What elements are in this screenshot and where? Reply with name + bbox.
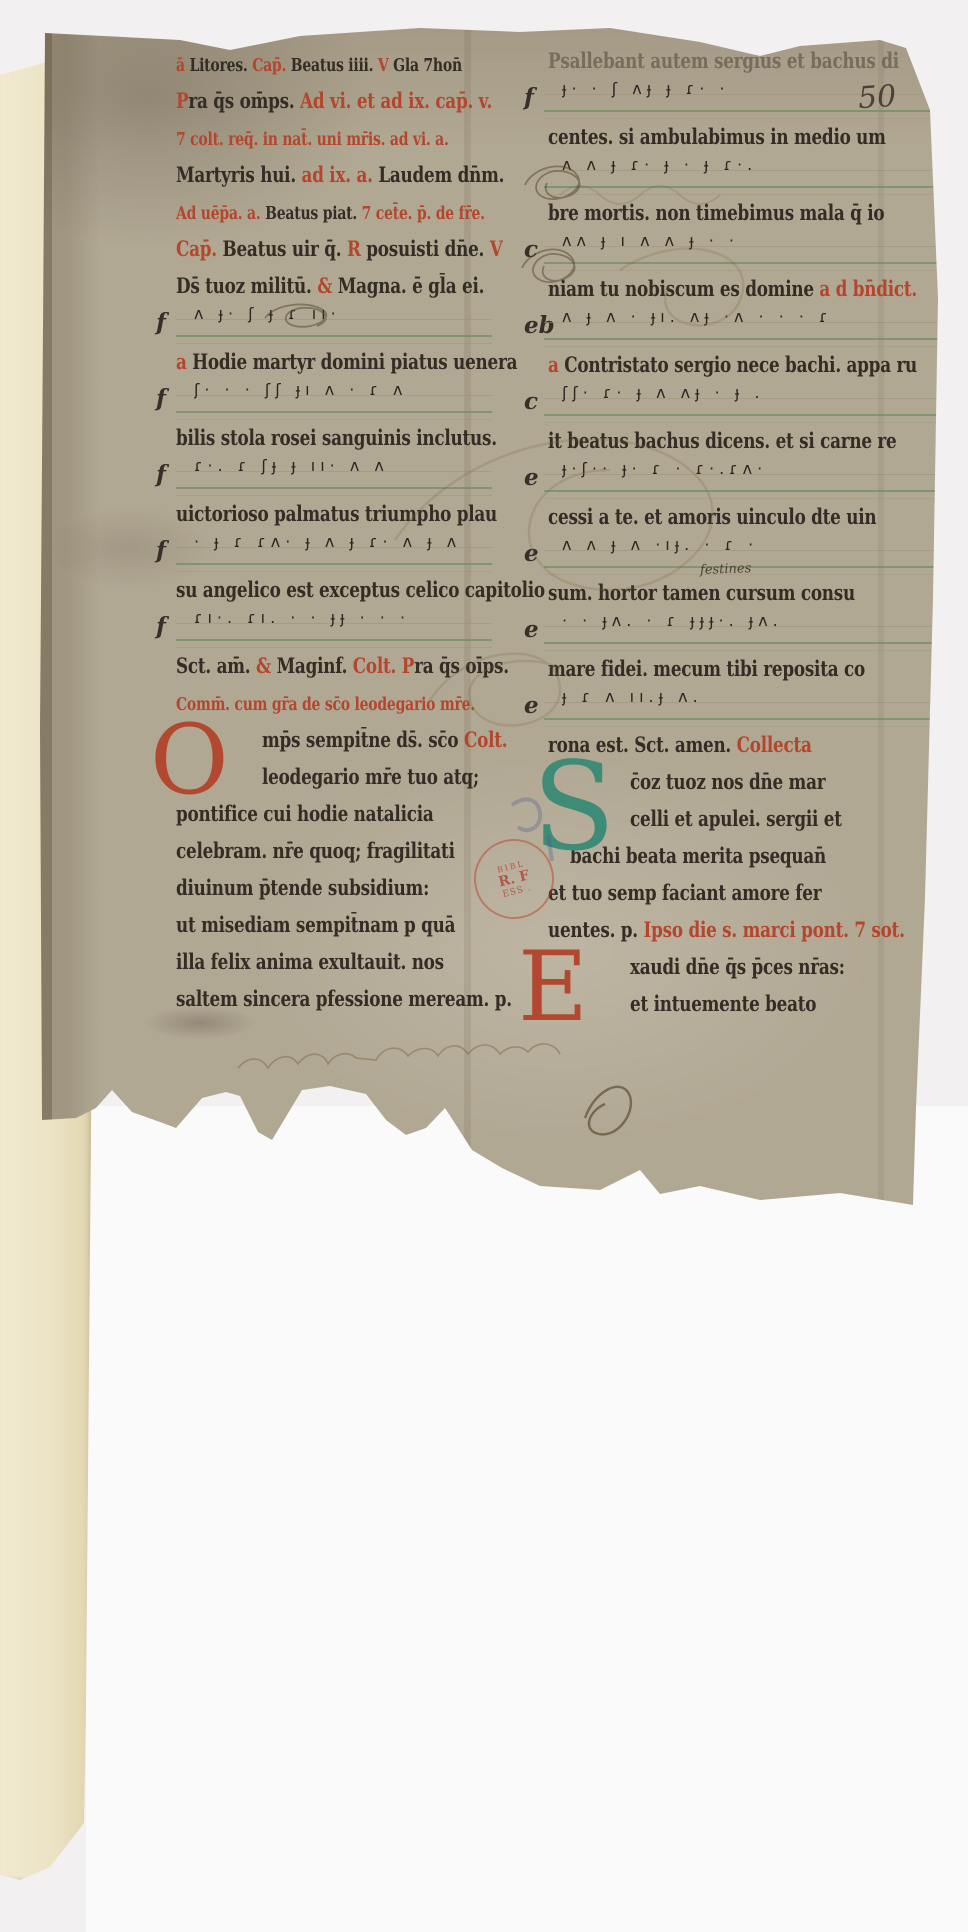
music-staff-row: eɟ·ʃ·· ɟ· ɾ · ɾ·.ɾʌ· xyxy=(518,462,948,501)
line-text: xaudi dn̄e q̄s p̄ces nr̄as: xyxy=(630,954,845,979)
line-text: diuinum p̄tende subsidium: xyxy=(176,875,429,900)
line-text: Pra q̄s om̄ps. Ad vi. et ad ix. cap̄. v. xyxy=(176,88,492,113)
music-staff-row: eɟ ɾ ʌ ıı.ɟ ʌ. xyxy=(518,690,948,729)
manuscript-text-line: illa felix anima exultauit. nos xyxy=(150,946,498,983)
text-column-right: Psallebant autem sergius et bachus difɟ·… xyxy=(518,45,948,1025)
manuscript-text-line: Ds̄ tuoz militū. & Magna. ē gl̄a ei. xyxy=(150,270,498,307)
neumes: ɾ·. ɾ ʃɟ ɟ ıı· ʌ ʌ xyxy=(194,456,498,475)
line-text: Ad uēp̄a. a. Beatus piat. 7 cet̄e. p̄. d… xyxy=(176,204,485,224)
manuscript-text-line: Psallebant autem sergius et bachus di xyxy=(518,45,948,82)
clef-letter: c xyxy=(524,388,538,415)
line-text: uictorioso palmatus triumpho plau xyxy=(176,501,497,526)
line-text: leodegario mr̄e tuo atq; xyxy=(262,764,479,789)
manuscript-text-line: centes. si ambulabimus in medio um xyxy=(518,121,948,158)
music-staff-row: cʃʃ· ɾ· ɟ ʌ ʌɟ · ɟ . xyxy=(518,386,948,425)
clef-letter: f xyxy=(156,461,166,488)
line-text: su angelico est exceptus celico capitoli… xyxy=(176,577,545,602)
manuscript-text-line: et tuo semp faciant amore fer xyxy=(518,877,948,914)
line-text: Psallebant autem sergius et bachus di xyxy=(548,48,899,73)
neumes: · · ɟʌ. · ɾ ɟɟɟ·. ɟʌ. xyxy=(562,611,948,630)
clef-letter: e xyxy=(524,540,539,567)
line-text: Martyris hui. ad ix. a. Laudem dn̄m. xyxy=(176,162,504,187)
clef-letter: e xyxy=(524,464,539,491)
manuscript-text-line: uictorioso palmatus triumpho plau xyxy=(150,498,498,535)
manuscript-text-line: Pra q̄s om̄ps. Ad vi. et ad ix. cap̄. v. xyxy=(150,85,498,122)
line-text: illa felix anima exultauit. nos xyxy=(176,949,444,974)
manuscript-text-line: 7 colt. req̄. in nat̄. uni mr̄is. ad vi.… xyxy=(150,122,498,159)
clef-letter: f xyxy=(156,309,166,336)
text-column-left: ā Litores. Cap̄. Beatus iiii. V Gla 7hon… xyxy=(150,48,498,1020)
line-text: Ds̄ tuoz militū. & Magna. ē gl̄a ei. xyxy=(176,273,484,298)
neumes: ɾı·. ɾı. · · ɟɟ · · · xyxy=(194,608,498,627)
music-staff-row: fɾı·. ɾı. · · ɟɟ · · · xyxy=(150,611,498,650)
manuscript-text-line: sum. hortor tamen cursum consu xyxy=(518,577,948,614)
line-text: Sct. am̄. & Maginf. Colt. Pra q̄s oīps. xyxy=(176,653,509,678)
manuscript-text-line: mare fidei. mecum tibi reposita co xyxy=(518,653,948,690)
white-backing-sheet xyxy=(86,1106,968,1932)
manuscript-text-line: bilis stola rosei sanguinis inclutus. xyxy=(150,422,498,459)
manuscript-text-line: Exaudi dn̄e q̄s p̄ces nr̄as: xyxy=(518,951,948,988)
line-text: celli et apulei. sergii et xyxy=(630,806,842,831)
line-text: et intuemente beato xyxy=(630,991,816,1016)
manuscript-text-line: Sc̄oz tuoz nos dn̄e mar xyxy=(518,766,948,803)
parchment-leaf: ā Litores. Cap̄. Beatus iiii. V Gla 7hon… xyxy=(40,28,940,1208)
manuscript-text-line: Martyris hui. ad ix. a. Laudem dn̄m. xyxy=(150,159,498,196)
clef-letter: e xyxy=(524,616,539,643)
neumes: ʌʌ ɟ ı ʌ ʌ ɟ · · xyxy=(562,231,948,250)
line-text: et tuo semp faciant amore fer xyxy=(548,880,821,905)
manuscript-text-line: Cap̄. Beatus uir q̄. R posuisti dn̄e. V xyxy=(150,233,498,270)
line-text: a Contristato sergio nece bachi. appa ru xyxy=(548,352,917,377)
clef-letter: f xyxy=(156,385,166,412)
music-staff-row: ebʌ ɟ ʌ · ɟı. ʌɟ ·ʌ · · · ɾ xyxy=(518,310,948,349)
manuscript-text-line: Ad uēp̄a. a. Beatus piat. 7 cet̄e. p̄. d… xyxy=(150,196,498,233)
manuscript-text-line: a Hodie martyr domini piatus uenera xyxy=(150,346,498,383)
line-text: cessi a te. et amoris uinculo dte uin xyxy=(548,504,876,529)
line-text: niam tu nobiscum es domine a d bn̄dict. xyxy=(548,276,917,301)
neumes: ʌ ʌ ɟ ɾ· ɟ · ɟ ɾ·. xyxy=(562,155,948,174)
music-staff-row: f· ɟ ɾ ɾʌ· ɟ ʌ ɟ ɾ· ʌ ɟ ʌ xyxy=(150,535,498,574)
line-text: centes. si ambulabimus in medio um xyxy=(548,124,886,149)
line-text: 7 colt. req̄. in nat̄. uni mr̄is. ad vi.… xyxy=(176,130,449,150)
line-text: celebram. nr̄e quoq; fragilitati xyxy=(176,838,455,863)
line-text: a Hodie martyr domini piatus uenera xyxy=(176,349,517,374)
line-text: sum. hortor tamen cursum consu xyxy=(548,580,855,605)
illuminated-initial: E xyxy=(518,947,588,1029)
manuscript-text-line: ut misediam sempit̄nam p quā xyxy=(150,909,498,946)
neumes: ʌ ɟ ʌ · ɟı. ʌɟ ·ʌ · · · ɾ xyxy=(562,307,948,326)
neumes: ʌ ɟ· ʃ ɟ ɾ ıı· xyxy=(194,304,498,323)
neumes: ʃ· · · ʃʃ ɟı ʌ · ɾ ʌ xyxy=(194,380,498,399)
illuminated-initial: S xyxy=(532,756,616,860)
line-text: bilis stola rosei sanguinis inclutus. xyxy=(176,425,497,450)
manuscript-text-line: saltem sincera pfessione meream. p. xyxy=(150,983,498,1020)
neumes: ɟ ɾ ʌ ıı.ɟ ʌ. xyxy=(562,687,948,706)
clef-letter: f xyxy=(156,537,166,564)
manuscript-text-line: diuinum p̄tende subsidium: xyxy=(150,872,498,909)
music-staff-row: ʌ ʌ ɟ ɾ· ɟ · ɟ ɾ·. xyxy=(518,158,948,197)
manuscript-text-line: cessi a te. et amoris uinculo dte uin xyxy=(518,501,948,538)
line-text: uentes. p. Ipso die s. marci pont. 7 sot… xyxy=(548,917,905,942)
line-text: mare fidei. mecum tibi reposita co xyxy=(548,656,865,681)
music-staff-row: cʌʌ ɟ ı ʌ ʌ ɟ · · xyxy=(518,234,948,273)
manuscript-text-line: it beatus bachus dicens. et si carne re xyxy=(518,425,948,462)
illuminated-initial: O xyxy=(150,720,229,802)
neumes: ʌ ʌ ɟ ʌ ·ıɟ. · ɾ · xyxy=(562,535,948,554)
line-text: mp̄s sempit̄ne ds̄. sc̄o Colt. xyxy=(262,727,507,752)
neumes: ʃʃ· ɾ· ɟ ʌ ʌɟ · ɟ . xyxy=(562,383,948,402)
music-staff-row: fʌ ɟ· ʃ ɟ ɾ ıı· xyxy=(150,307,498,346)
interlinear-gloss: festines xyxy=(700,561,752,578)
neumes: ɟ·ʃ·· ɟ· ɾ · ɾ·.ɾʌ· xyxy=(562,459,948,478)
music-staff-row: fɾ·. ɾ ʃɟ ɟ ıı· ʌ ʌ xyxy=(150,459,498,498)
folio-number: 50 xyxy=(857,79,898,117)
line-text: saltem sincera pfessione meream. p. xyxy=(176,986,512,1011)
clef-letter: f xyxy=(156,613,166,640)
clef-letter: c xyxy=(524,236,538,263)
line-text: bre mortis. non timebimus mala q̄ io xyxy=(548,200,884,225)
manuscript-text-line: niam tu nobiscum es domine a d bn̄dict. xyxy=(518,273,948,310)
line-text: it beatus bachus dicens. et si carne re xyxy=(548,428,897,453)
line-text: ut misediam sempit̄nam p quā xyxy=(176,912,455,937)
manuscript-text-line: bre mortis. non timebimus mala q̄ io xyxy=(518,197,948,234)
manuscript-scan: ā Litores. Cap̄. Beatus iiii. V Gla 7hon… xyxy=(0,0,968,1932)
line-text: Cap̄. Beatus uir q̄. R posuisti dn̄e. V xyxy=(176,236,503,261)
manuscript-text-line: Sct. am̄. & Maginf. Colt. Pra q̄s oīps. xyxy=(150,650,498,687)
manuscript-text-line: su angelico est exceptus celico capitoli… xyxy=(150,574,498,611)
clef-letter: e xyxy=(524,692,539,719)
line-text: ā Litores. Cap̄. Beatus iiii. V Gla 7hon… xyxy=(176,56,462,76)
clef-letter: f xyxy=(524,84,534,111)
line-text: c̄oz tuoz nos dn̄e mar xyxy=(630,769,825,794)
neumes: · ɟ ɾ ɾʌ· ɟ ʌ ɟ ɾ· ʌ ɟ ʌ xyxy=(194,532,498,551)
manuscript-text-line: celebram. nr̄e quoq; fragilitati xyxy=(150,835,498,872)
manuscript-text-line: Omp̄s sempit̄ne ds̄. sc̄o Colt. xyxy=(150,724,498,761)
manuscript-text-line: a Contristato sergio nece bachi. appa ru xyxy=(518,349,948,386)
manuscript-text-line: ā Litores. Cap̄. Beatus iiii. V Gla 7hon… xyxy=(150,48,498,85)
music-staff-row: e· · ɟʌ. · ɾ ɟɟɟ·. ɟʌ. xyxy=(518,614,948,653)
music-staff-row: fʃ· · · ʃʃ ɟı ʌ · ɾ ʌ xyxy=(150,383,498,422)
